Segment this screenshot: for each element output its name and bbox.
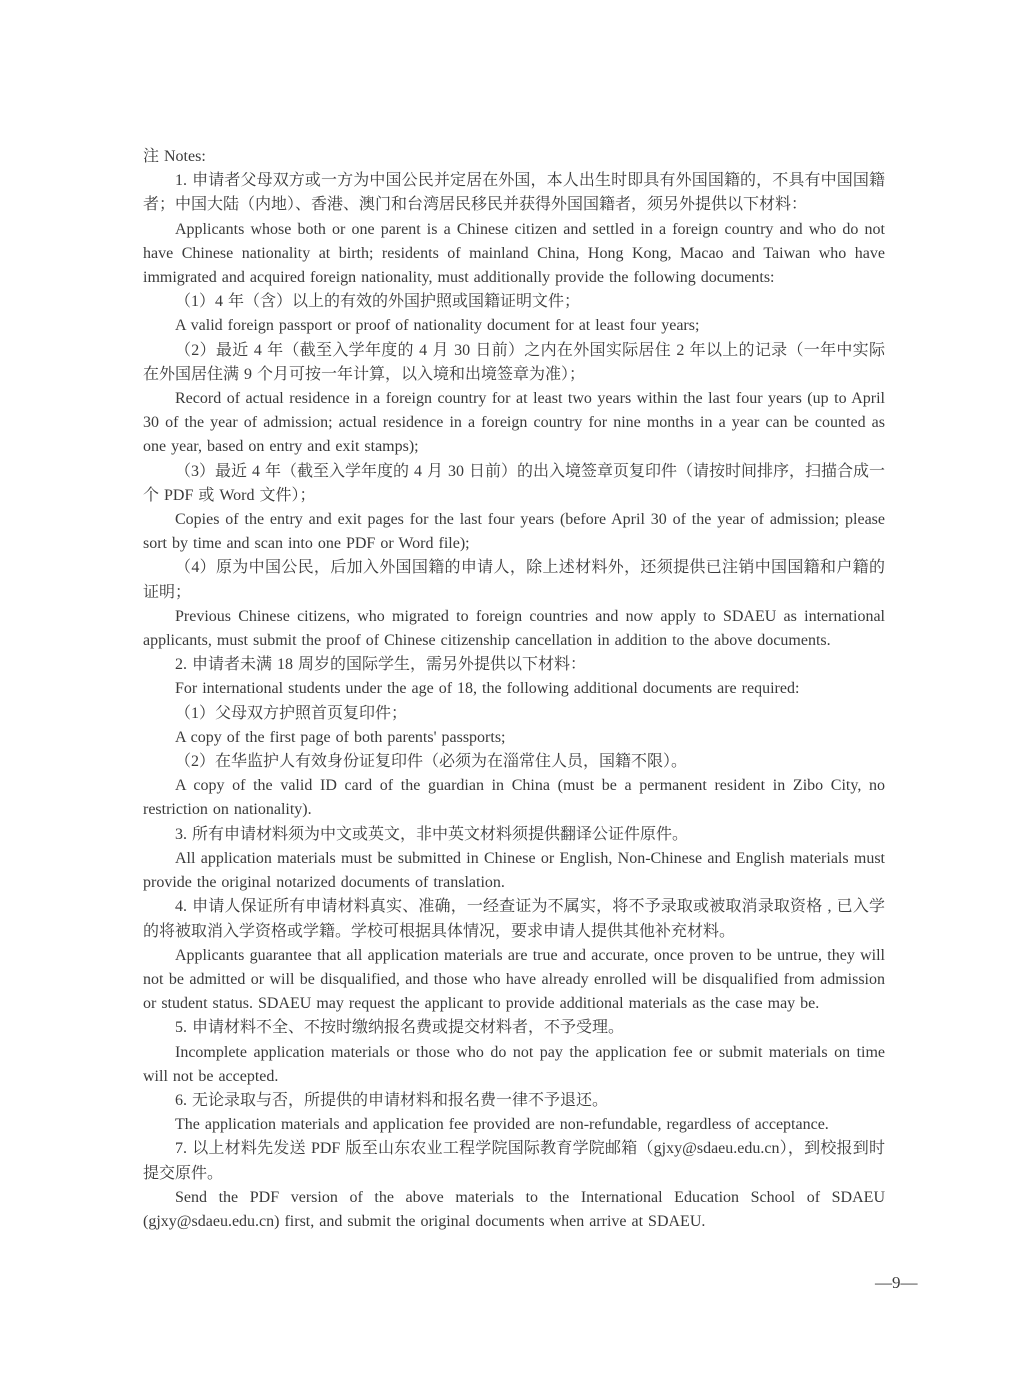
notes-body: 1. 申请者父母双方或一方为中国公民并定居在外国，本人出生时即具有外国国籍的，不… bbox=[143, 169, 885, 1234]
paragraph: For international students under the age… bbox=[143, 677, 885, 701]
paragraph: Applicants whose both or one parent is a… bbox=[143, 218, 885, 291]
document-page: 注 Notes: 1. 申请者父母双方或一方为中国公民并定居在外国，本人出生时即… bbox=[0, 0, 1024, 1389]
paragraph: The application materials and applicatio… bbox=[143, 1113, 885, 1137]
paragraph: 3. 所有申请材料须为中文或英文，非中英文材料须提供翻译公证件原件。 bbox=[143, 823, 885, 847]
paragraph: （1）4 年（含）以上的有效的外国护照或国籍证明文件； bbox=[143, 290, 885, 314]
paragraph: Record of actual residence in a foreign … bbox=[143, 387, 885, 460]
paragraph: All application materials must be submit… bbox=[143, 847, 885, 895]
paragraph: A valid foreign passport or proof of nat… bbox=[143, 314, 885, 338]
paragraph: 5. 申请材料不全、不按时缴纳报名费或提交材料者，不予受理。 bbox=[143, 1016, 885, 1040]
paragraph: 7. 以上材料先发送 PDF 版至山东农业工程学院国际教育学院邮箱（gjxy@s… bbox=[143, 1137, 885, 1185]
paragraph: Incomplete application materials or thos… bbox=[143, 1041, 885, 1089]
paragraph: 1. 申请者父母双方或一方为中国公民并定居在外国，本人出生时即具有外国国籍的，不… bbox=[143, 169, 885, 217]
paragraph: Send the PDF version of the above materi… bbox=[143, 1186, 885, 1234]
paragraph: （1）父母双方护照首页复印件； bbox=[143, 702, 885, 726]
paragraph: （4）原为中国公民，后加入外国国籍的申请人，除上述材料外，还须提供已注销中国国籍… bbox=[143, 556, 885, 604]
paragraph: 2. 申请者未满 18 周岁的国际学生，需另外提供以下材料： bbox=[143, 653, 885, 677]
paragraph: A copy of the first page of both parents… bbox=[143, 726, 885, 750]
paragraph: （2）最近 4 年（截至入学年度的 4 月 30 日前）之内在外国实际居住 2 … bbox=[143, 339, 885, 387]
notes-section: 注 Notes: 1. 申请者父母双方或一方为中国公民并定居在外国，本人出生时即… bbox=[143, 145, 885, 1234]
paragraph: 6. 无论录取与否，所提供的申请材料和报名费一律不予退还。 bbox=[143, 1089, 885, 1113]
paragraph: （2）在华监护人有效身份证复印件（必须为在淄常住人员，国籍不限）。 bbox=[143, 750, 885, 774]
paragraph: A copy of the valid ID card of the guard… bbox=[143, 774, 885, 822]
paragraph: Copies of the entry and exit pages for t… bbox=[143, 508, 885, 556]
notes-heading: 注 Notes: bbox=[143, 145, 885, 169]
paragraph: 4. 申请人保证所有申请材料真实、准确，一经查证为不属实，将不予录取或被取消录取… bbox=[143, 895, 885, 943]
paragraph: Applicants guarantee that all applicatio… bbox=[143, 944, 885, 1017]
paragraph: Previous Chinese citizens, who migrated … bbox=[143, 605, 885, 653]
paragraph: （3）最近 4 年（截至入学年度的 4 月 30 日前）的出入境签章页复印件（请… bbox=[143, 460, 885, 508]
page-number: —9— bbox=[875, 1271, 918, 1295]
